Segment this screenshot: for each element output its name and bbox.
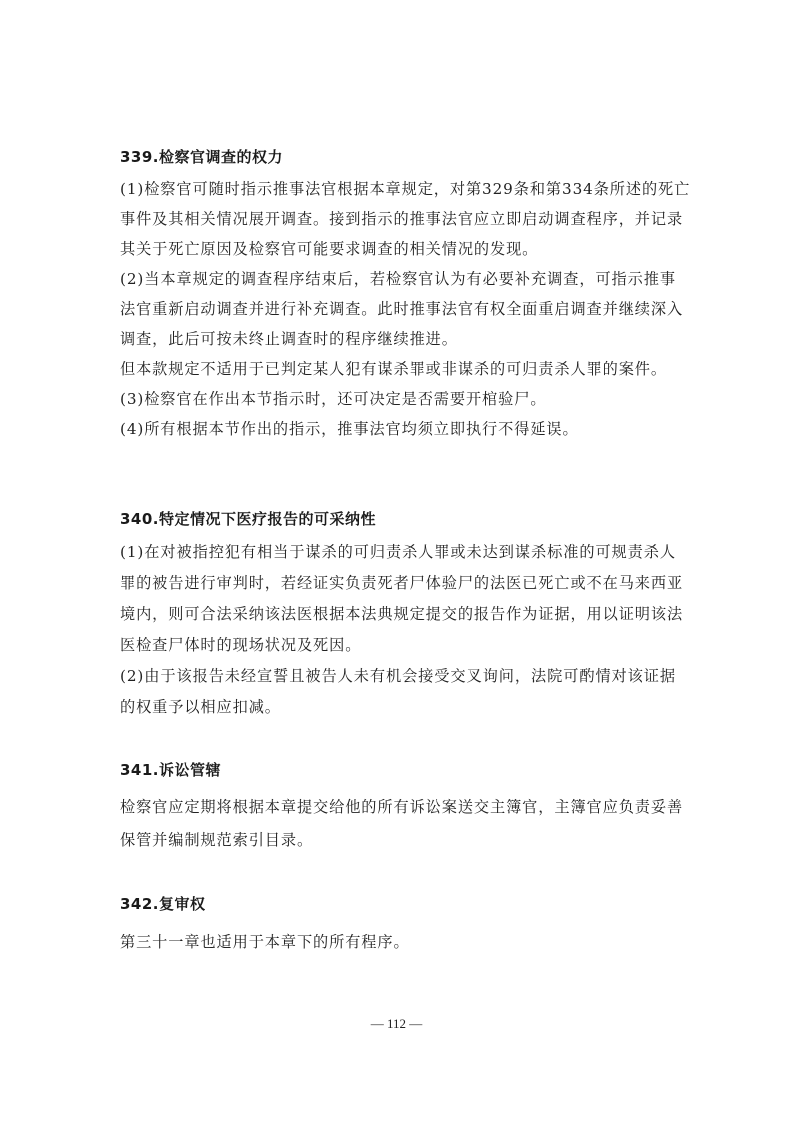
paragraph-line: (3)检察官在作出本节指示时，还可决定是否需要开棺验尸。 [120, 388, 546, 409]
section-heading-339: 339.检察官调查的权力 [120, 146, 283, 167]
paragraph-line: 但本款规定不适用于已判定某人犯有谋杀罪或非谋杀的可归责杀人罪的案件。 [120, 358, 667, 379]
paragraph-line: (2)当本章规定的调查程序结束后，若检察官认为有必要补充调查，可指示推事 [120, 268, 676, 289]
paragraph-line: 调查，此后可按未终止调查时的程序继续推进。 [120, 328, 458, 349]
paragraph-line: (4)所有根据本节作出的指示，推事法官均须立即执行不得延误。 [120, 418, 579, 439]
paragraph-line: 事件及其相关情况展开调查。接到指示的推事法官应立即启动调查程序，并记录 [120, 208, 676, 229]
paragraph-line: (1)在对被指控犯有相当于谋杀的可归责杀人罪或未达到谋杀标准的可规责杀人 [120, 541, 676, 562]
paragraph-line: (2)由于该报告未经宣誓且被告人未有机会接受交叉询问，法院可酌情对该证据 [120, 665, 676, 686]
paragraph-line: 保管并编制规范索引目录。 [120, 829, 313, 850]
paragraph-line: (1)检察官可随时指示推事法官根据本章规定，对第329条和第334条所述的死亡 [120, 178, 676, 199]
section-heading-340: 340.特定情况下医疗报告的可采纳性 [120, 508, 376, 529]
paragraph-line: 境内，则可合法采纳该法医根据本法典规定提交的报告作为证据，用以证明该法 [120, 603, 676, 624]
paragraph-line: 的权重予以相应扣减。 [120, 696, 281, 717]
paragraph-line: 医检查尸体时的现场状况及死因。 [120, 634, 361, 655]
paragraph-line: 第三十一章也适用于本章下的所有程序。 [120, 931, 410, 952]
paragraph-line: 检察官应定期将根据本章提交给他的所有诉讼案送交主簿官，主簿官应负责妥善 [120, 796, 676, 817]
page-number: — 112 — [0, 1016, 793, 1032]
paragraph-line: 其关于死亡原因及检察官可能要求调查的相关情况的发现。 [120, 238, 538, 259]
section-heading-341: 341.诉讼管辖 [120, 759, 221, 780]
paragraph-line: 法官重新启动调查并进行补充调查。此时推事法官有权全面重启调查并继续深入 [120, 298, 676, 319]
paragraph-line: 罪的被告进行审判时，若经证实负责死者尸体验尸的法医已死亡或不在马来西亚 [120, 572, 676, 593]
section-heading-342: 342.复审权 [120, 893, 206, 914]
